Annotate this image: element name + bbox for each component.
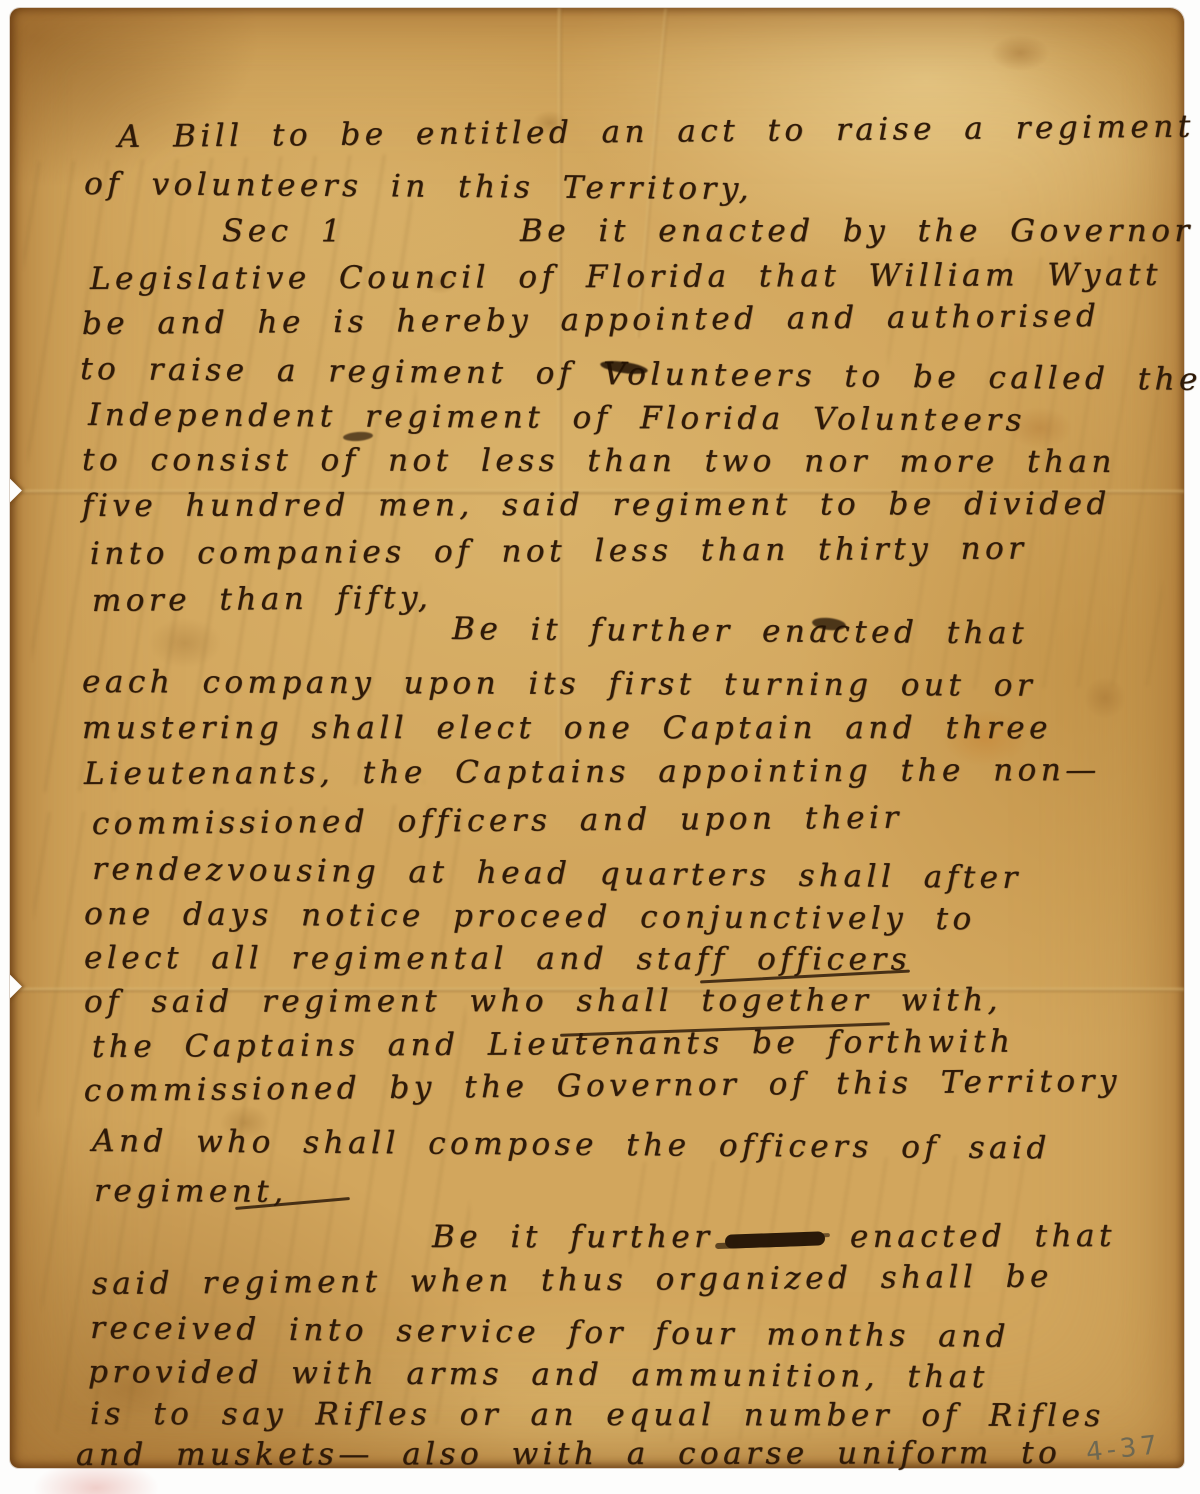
handwriting-line: rendezvousing at head quarters shall aft… (92, 852, 1022, 895)
handwriting-line: A Bill to be entitled an act to raise a … (118, 110, 1195, 154)
handwriting-line: of said regiment who shall together with… (84, 983, 1002, 1019)
handwriting-line: Be it enacted by the Governor and— (520, 214, 1200, 248)
handwriting-line: Legislative Council of Florida that Will… (90, 258, 1162, 296)
handwriting-line: more than fifty, (92, 581, 433, 618)
handwriting-line: Lieutenants, the Captains appointing the… (84, 753, 1101, 791)
handwriting-line: enacted that (850, 1219, 1116, 1254)
handwriting-line: Be it further (432, 1220, 714, 1254)
handwriting-line: Be it further enacted that (452, 612, 1028, 650)
handwriting-line: be and he is hereby appointed and author… (82, 299, 1101, 341)
handwriting-line: And who shall compose the officers of sa… (92, 1124, 1051, 1165)
handwriting-line: regiment, (94, 1174, 288, 1209)
handwriting-line: each company upon its first turning out … (82, 665, 1036, 703)
handwriting-line: mustering shall elect one Captain and th… (82, 711, 1052, 745)
handwriting-line: of volunteers in this Territory, (84, 167, 753, 206)
handwriting-line: elect all regimental and staff officers (84, 941, 911, 977)
handwriting-line: to consist of not less than two nor more… (82, 443, 1116, 479)
handwriting-line: provided with arms and ammunition, that (88, 1355, 989, 1394)
handwriting-line: and muskets— also with a coarse uniform … (76, 1436, 1061, 1472)
handwriting-line: to raise a regiment of Volunteers to be … (80, 352, 1200, 397)
handwriting-line: the Captains and Lieutenants be forthwit… (92, 1025, 1015, 1064)
handwriting-line: Independent regiment of Florida Voluntee… (88, 398, 1026, 437)
handwriting-line: commissioned by the Governor of this Ter… (84, 1064, 1121, 1108)
handwriting-line: commissioned officers and upon their (92, 801, 903, 841)
handwriting-line: Sec 1 (222, 214, 345, 248)
handwriting-line: is to say Rifles or an equal number of R… (90, 1397, 1105, 1433)
scan-stage: A Bill to be entitled an act to raise a … (0, 0, 1200, 1494)
handwritten-text-layer: A Bill to be entitled an act to raise a … (0, 0, 1200, 1494)
handwriting-line: received into service for four months an… (90, 1311, 1010, 1354)
handwriting-line: one days notice proceed conjunctively to (84, 897, 976, 936)
handwriting-line: said regiment when thus organized shall … (92, 1260, 1053, 1301)
handwriting-line: into companies of not less than thirty n… (90, 532, 1028, 571)
handwriting-line: five hundred men, said regiment to be di… (82, 487, 1111, 523)
